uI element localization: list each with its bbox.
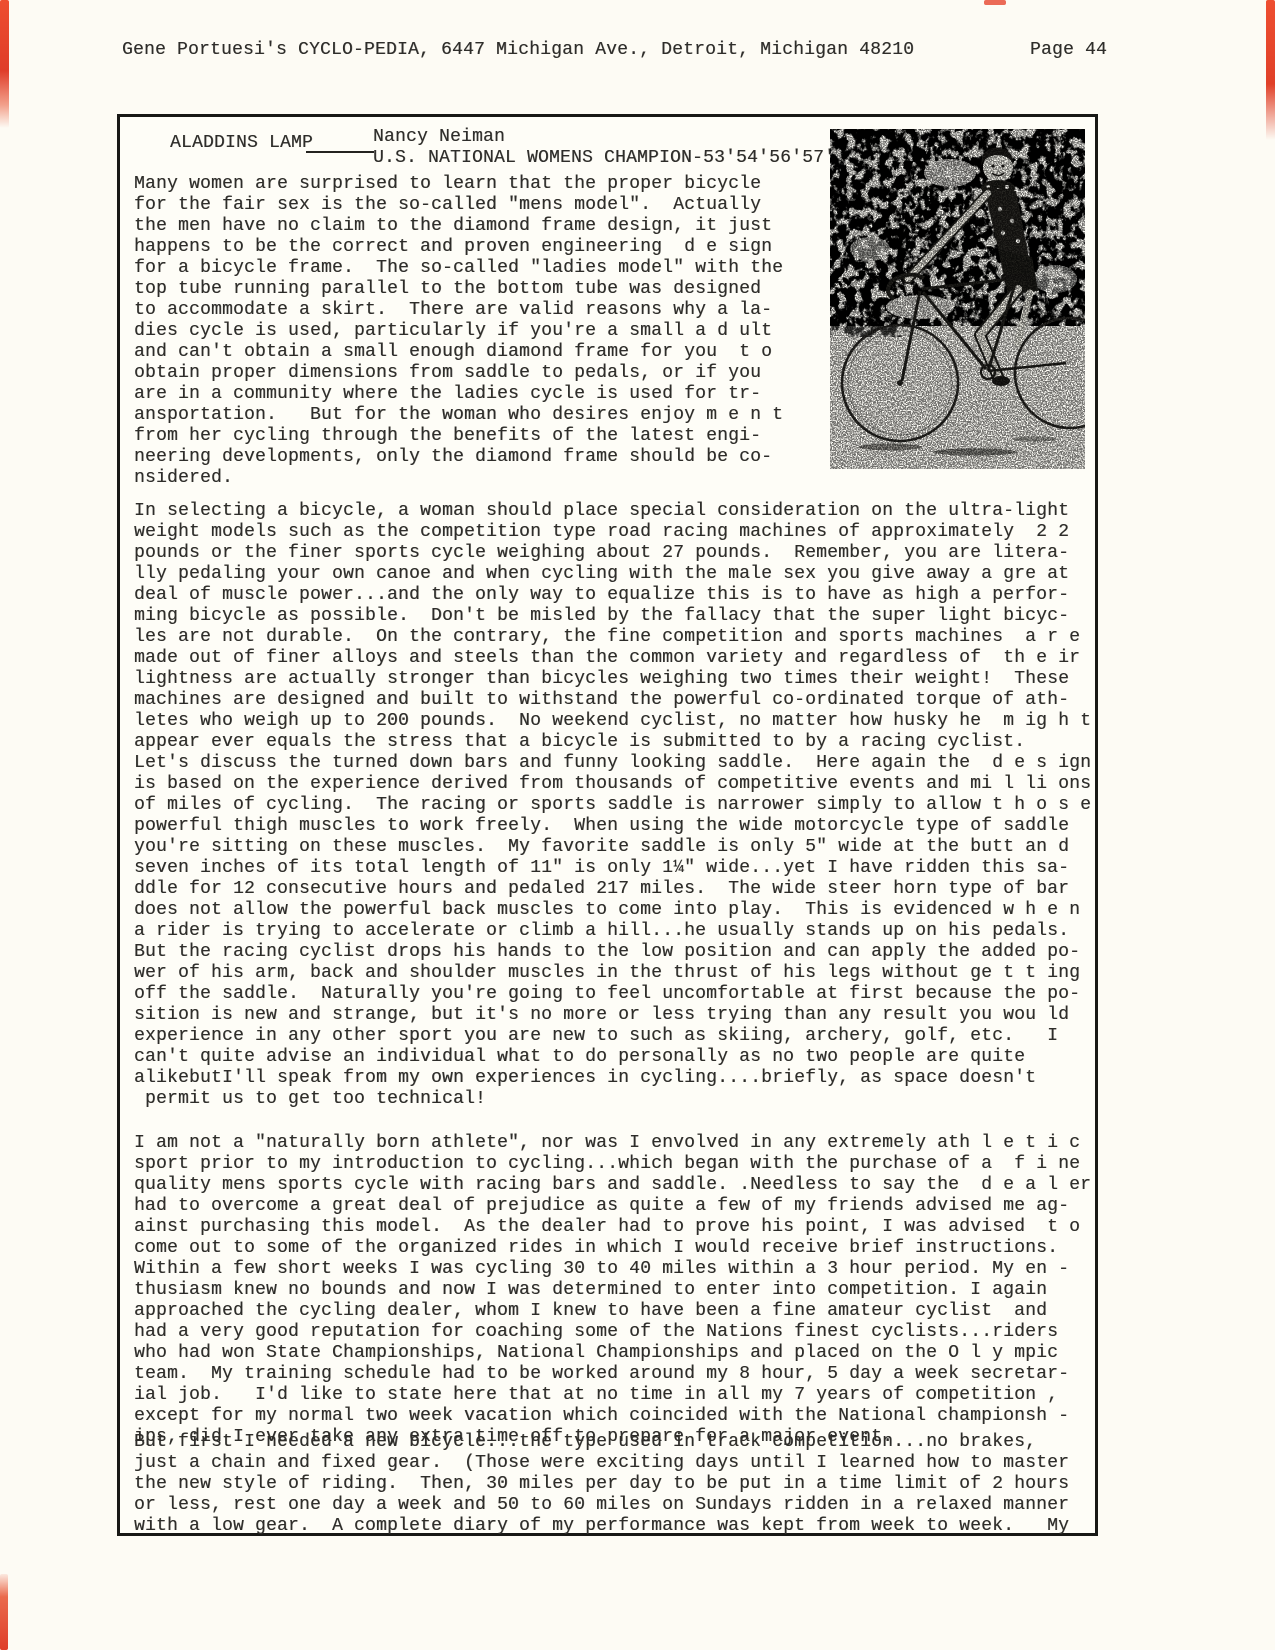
article-title: ALADDINS LAMP	[170, 133, 313, 153]
text-line: I am not a "naturally born athlete", nor…	[134, 1133, 1091, 1154]
cyclist-photo	[830, 129, 1085, 469]
text-line: team. My training schedule had to be wor…	[134, 1364, 1091, 1385]
text-line: ial job. I'd like to state here that at …	[134, 1385, 1091, 1406]
text-line: of miles of cycling. The racing or sport…	[134, 795, 1091, 816]
text-line: made out of finer alloys and steels than…	[134, 648, 1091, 669]
text-line: you're sitting on these muscles. My favo…	[134, 837, 1091, 858]
text-line: permit us to get too technical!	[134, 1089, 1091, 1110]
text-line: appear ever equals the stress that a bic…	[134, 732, 1091, 753]
text-line: the men have no claim to the diamond fra…	[134, 216, 783, 237]
text-line: powerful thigh muscles to work freely. W…	[134, 816, 1091, 837]
text-line: But the racing cyclist drops his hands t…	[134, 942, 1091, 963]
author-name: Nancy Neiman	[373, 127, 505, 147]
paragraph-new-bicycle: But first I needed a new bicycle...the t…	[134, 1432, 1069, 1537]
paragraph-not-born-athlete: I am not a "naturally born athlete", nor…	[134, 1133, 1091, 1448]
text-line: letes who weigh up to 200 pounds. No wee…	[134, 711, 1091, 732]
text-line: and can't obtain a small enough diamond …	[134, 342, 783, 363]
text-line: Many women are surprised to learn that t…	[134, 174, 783, 195]
scanned-document-page: { "palette": { "paper": "#fdfbf4", "ink"…	[0, 0, 1275, 1650]
text-line: Within a few short weeks I was cycling 3…	[134, 1259, 1091, 1280]
article-box: ALADDINS LAMP Nancy Neiman U.S. NATIONAL…	[117, 114, 1098, 1536]
text-line: experience in any other sport you are ne…	[134, 1026, 1091, 1047]
text-line: sition is new and strange, but it's no m…	[134, 1005, 1091, 1026]
text-line: top tube running parallel to the bottom …	[134, 279, 783, 300]
title-rule	[306, 151, 374, 153]
text-line: weight models such as the competition ty…	[134, 522, 1091, 543]
text-line: thusiasm knew no bounds and now I was de…	[134, 1280, 1091, 1301]
paragraph-selecting-bicycle: In selecting a bicycle, a woman should p…	[134, 501, 1091, 1110]
text-line: are in a community where the ladies cycl…	[134, 384, 783, 405]
text-line: except for my normal two week vacation w…	[134, 1406, 1091, 1427]
scan-artifact-red-mark-right-top	[1266, 0, 1275, 140]
text-line: off the saddle. Naturally you're going t…	[134, 984, 1091, 1005]
text-line: or less, rest one day a week and 50 to 6…	[134, 1495, 1069, 1516]
text-line: the new style of riding. Then, 30 miles …	[134, 1474, 1069, 1495]
text-line: is based on the experience derived from …	[134, 774, 1091, 795]
text-line: nsidered.	[134, 468, 783, 489]
text-line: wer of his arm, back and shoulder muscle…	[134, 963, 1091, 984]
scan-artifact-red-mark-left-bottom	[0, 1574, 8, 1650]
text-line: Let's discuss the turned down bars and f…	[134, 753, 1091, 774]
text-line: approached the cycling dealer, whom I kn…	[134, 1301, 1091, 1322]
paragraph-intro: Many women are surprised to learn that t…	[134, 174, 783, 489]
author-credential: U.S. NATIONAL WOMENS CHAMPION-53'54'56'5…	[373, 148, 835, 168]
text-line: had a very good reputation for coaching …	[134, 1322, 1091, 1343]
text-line: a rider is trying to accelerate or climb…	[134, 921, 1091, 942]
text-line: sport prior to my introduction to cyclin…	[134, 1154, 1091, 1175]
text-line: lly pedaling your own canoe and when cyc…	[134, 564, 1091, 585]
page-number: Page 44	[1030, 40, 1107, 60]
text-line: can't quite advise an individual what to…	[134, 1047, 1091, 1068]
text-line: les are not durable. On the contrary, th…	[134, 627, 1091, 648]
text-line: come out to some of the organized rides …	[134, 1238, 1091, 1259]
text-line: ansportation. But for the woman who desi…	[134, 405, 783, 426]
text-line: In selecting a bicycle, a woman should p…	[134, 501, 1091, 522]
text-line: neering developments, only the diamond f…	[134, 447, 783, 468]
text-line: dies cycle is used, particularly if you'…	[134, 321, 783, 342]
text-line: just a chain and fixed gear. (Those were…	[134, 1453, 1069, 1474]
text-line: who had won State Championships, Nationa…	[134, 1343, 1091, 1364]
text-line: But first I needed a new bicycle...the t…	[134, 1432, 1069, 1453]
text-line: pounds or the finer sports cycle weighin…	[134, 543, 1091, 564]
text-line: deal of muscle power...and the only way …	[134, 585, 1091, 606]
text-line: obtain proper dimensions from saddle to …	[134, 363, 783, 384]
text-line: alikebutI'll speak from my own experienc…	[134, 1068, 1091, 1089]
text-line: from her cycling through the benefits of…	[134, 426, 783, 447]
text-line: ming bicycle as possible. Don't be misle…	[134, 606, 1091, 627]
text-line: to accommodate a skirt. There are valid …	[134, 300, 783, 321]
text-line: ddle for 12 consecutive hours and pedale…	[134, 879, 1091, 900]
scan-artifact-red-mark-top-dash	[984, 0, 1006, 5]
text-line: ainst purchasing this model. As the deal…	[134, 1217, 1091, 1238]
text-line: machines are designed and built to withs…	[134, 690, 1091, 711]
text-line: for a bicycle frame. The so-called "ladi…	[134, 258, 783, 279]
text-line: lightness are actually stronger than bic…	[134, 669, 1091, 690]
publication-header: Gene Portuesi's CYCLO-PEDIA, 6447 Michig…	[122, 40, 914, 60]
scan-artifact-red-mark-left-top	[0, 0, 9, 128]
cyclist-photo-illustration	[830, 129, 1085, 469]
text-line: happens to be the correct and proven eng…	[134, 237, 783, 258]
text-line: for the fair sex is the so-called "mens …	[134, 195, 783, 216]
text-line: seven inches of its total length of 11" …	[134, 858, 1091, 879]
text-line: with a low gear. A complete diary of my …	[134, 1516, 1069, 1537]
text-line: quality mens sports cycle with racing ba…	[134, 1175, 1091, 1196]
text-line: does not allow the powerful back muscles…	[134, 900, 1091, 921]
text-line: had to overcome a great deal of prejudic…	[134, 1196, 1091, 1217]
